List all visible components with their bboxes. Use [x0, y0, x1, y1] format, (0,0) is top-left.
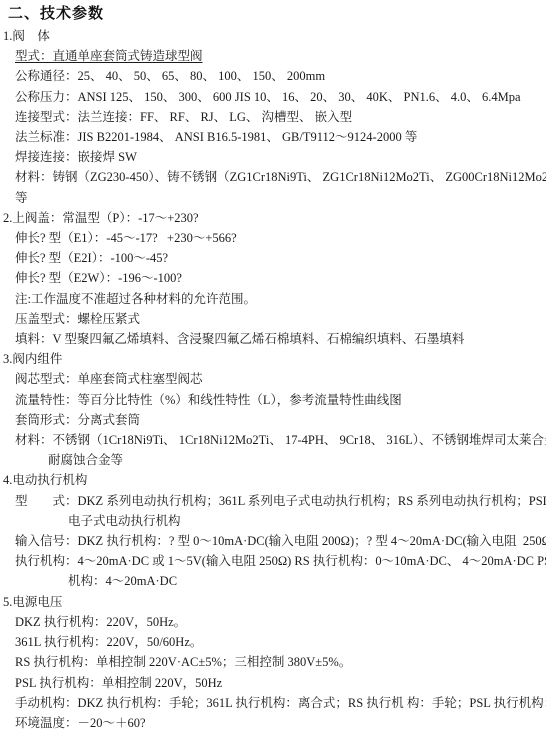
- text-line: 型 式：DKZ 系列电动执行机构；361L 系列电子式电动执行机构；RS 系列电…: [0, 491, 546, 511]
- text-line: 5.电源电压: [0, 592, 546, 612]
- text-line: PSL 执行机构：单相控制 220V，50Hz: [0, 673, 546, 693]
- text-line: 伸长? 型（E2I）：-100～-45?: [0, 248, 546, 268]
- text-line: 套筒形式：分离式套筒: [0, 410, 546, 430]
- text-line: 阀芯型式：单座套筒式柱塞型阀芯: [0, 369, 546, 389]
- section-heading: 二、技术参数: [0, 2, 546, 26]
- text-line: 公称通径：25、 40、 50、 65、 80、 100、 150、 200mm: [0, 66, 546, 86]
- text-line: 电子式电动执行机构: [0, 511, 546, 531]
- text-line: 耐腐蚀合金等: [0, 450, 546, 470]
- text-line: 填料：V 型聚四氟乙烯填料、含浸聚四氟乙烯石棉填料、石棉编织填料、石墨填料: [0, 329, 546, 349]
- text-line: 4.电动执行机构: [0, 470, 546, 490]
- text-line: 法兰标准：JIS B2201-1984、 ANSI B16.5-1981、 GB…: [0, 127, 546, 147]
- text-line: 输入信号：DKZ 执行机构：? 型 0～10mA·DC(输入电阻 200Ω)；?…: [0, 531, 546, 551]
- text-line: 型式：直通单座套筒式铸造球型阀: [0, 46, 546, 66]
- text-line: 等: [0, 188, 546, 208]
- text-line: 3.阀内组件: [0, 349, 546, 369]
- text-line: RS 执行机构：单相控制 220V·AC±5%；三相控制 380V±5%。: [0, 652, 546, 672]
- text-line: 伸长? 型（E1）：-45～-17? +230～+566?: [0, 228, 546, 248]
- text-line: 1.阀 体: [0, 26, 546, 46]
- text-line: 2.上阀盖：常温型（P）：-17～+230?: [0, 208, 546, 228]
- text-line: 注:工作温度不准超过各种材料的允许范围。: [0, 289, 546, 309]
- text-line: 材料：不锈钢（1Cr18Ni9Ti、 1Cr18Ni12Mo2Ti、 17-4P…: [0, 430, 546, 450]
- text-line: 执行机构：4～20mA·DC 或 1～5V(输入电阻 250Ω) RS 执行机构…: [0, 551, 546, 571]
- text-line: 361L 执行机构：220V，50/60Hz。: [0, 632, 546, 652]
- text-line: 手动机构：DKZ 执行机构：手轮；361L 执行机构：离合式；RS 执行机 构：…: [0, 693, 546, 713]
- text-line: 机构：4～20mA·DC: [0, 571, 546, 591]
- document-body: 1.阀 体型式：直通单座套筒式铸造球型阀公称通径：25、 40、 50、 65、…: [0, 26, 546, 729]
- text-line: 伸长? 型（E2W）：-196～-100?: [0, 268, 546, 288]
- technical-parameters-document: 二、技术参数 1.阀 体型式：直通单座套筒式铸造球型阀公称通径：25、 40、 …: [0, 0, 546, 729]
- text-line: 焊接连接：嵌接焊 SW: [0, 147, 546, 167]
- text-line: DKZ 执行机构：220V，50Hz。: [0, 612, 546, 632]
- text-line: 材料：铸钢（ZG230-450）、铸不锈钢（ZG1Cr18Ni9Ti、 ZG1C…: [0, 167, 546, 187]
- text-line: 公称压力：ANSI 125、 150、 300、 600 JIS 10、 16、…: [0, 87, 546, 107]
- text-line: 流量特性：等百分比特性（%）和线性特性（L），参考流量特性曲线图: [0, 390, 546, 410]
- text-line: 环境温度：－20～＋60?: [0, 713, 546, 729]
- text-line: 压盖型式：螺栓压紧式: [0, 309, 546, 329]
- text-line: 连接型式：法兰连接：FF、 RF、 RJ、 LG、 沟槽型、 嵌入型: [0, 107, 546, 127]
